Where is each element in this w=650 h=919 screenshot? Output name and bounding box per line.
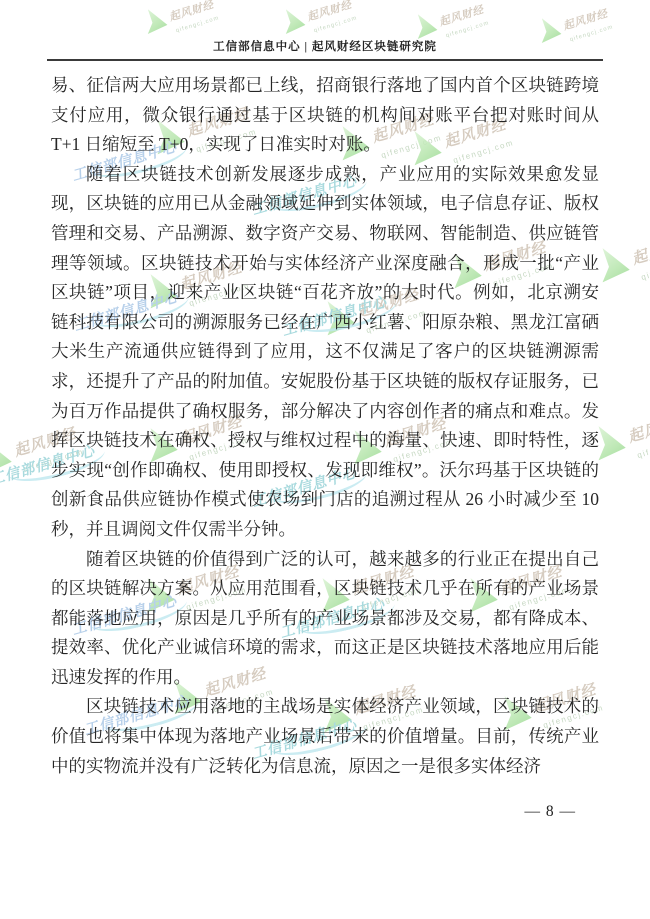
brand-logo-icon bbox=[144, 9, 169, 36]
brand-watermark-url: qifengcj.com bbox=[445, 19, 490, 38]
brand-watermark-url: qifengcj.com bbox=[313, 14, 358, 33]
paragraph: 随着区块链的价值得到广泛的认可，越来越多的行业正在提出自己的区块链解决方案。从应… bbox=[51, 545, 599, 693]
brand-watermark-text: 起风财经 bbox=[561, 5, 609, 33]
page-number: — 8 — bbox=[525, 803, 577, 821]
paragraph: 随着区块链技术创新发展逐步成熟，产业应用的实际效果愈发显现，区块链的应用已从金融… bbox=[51, 160, 599, 545]
brand-watermark-text: 起风财经 bbox=[305, 0, 353, 24]
brand-logo-icon bbox=[282, 9, 307, 36]
document-body: 易、征信两大应用场景都已上线，招商银行落地了国内首个区块链跨境支付应用，微众银行… bbox=[0, 71, 650, 781]
brand-watermark-url: qifengcj.com bbox=[175, 14, 220, 33]
paragraph: 区块链技术应用落地的主战场是实体经济产业领域，区块链技术的价值也将集中体现为落地… bbox=[51, 692, 599, 781]
header-divider bbox=[47, 59, 603, 61]
paragraph: 易、征信两大应用场景都已上线，招商银行落地了国内首个区块链跨境支付应用，微众银行… bbox=[51, 71, 599, 160]
brand-watermark-text: 起风财经 bbox=[437, 1, 485, 29]
page-header-title: 工信部信息中心 | 起风财经区块链研究院 bbox=[0, 38, 650, 54]
document-page: 起风财经qifengcj.com起风财经qifengcj.com起风财经qife… bbox=[0, 0, 650, 919]
brand-watermark-text: 起风财经 bbox=[167, 0, 215, 24]
